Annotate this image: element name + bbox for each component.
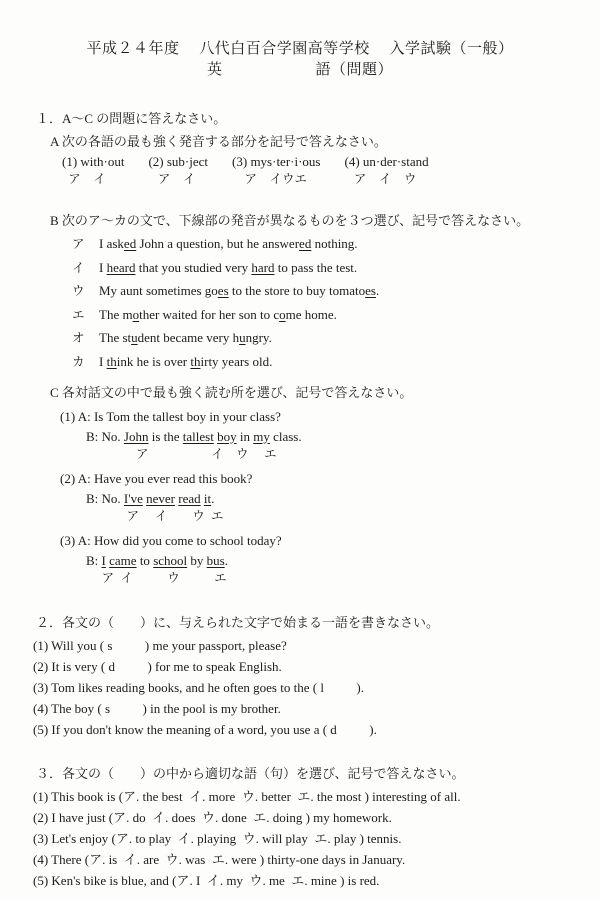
dialogue-item: (2) A: Have you ever read this book? B: … bbox=[60, 468, 600, 525]
section-1-heading: １．A～C の問題に答えなさい。 bbox=[36, 110, 600, 128]
choice-item: (2) I have just (ア. do イ. does ウ. done エ… bbox=[33, 807, 600, 828]
dialogue-line-a: (2) A: Have you ever read this book? bbox=[60, 468, 600, 489]
kana-label: カ bbox=[72, 355, 99, 370]
pronunciation-marks: ア イウエ bbox=[232, 171, 320, 188]
part-a-word-row: (1) with·out ア イ (2) sub·ject ア イ (3) my… bbox=[62, 153, 600, 188]
dialogue-line-b: B: No. John is the tallest boy in my cla… bbox=[86, 427, 600, 446]
word-text: (3) mys·ter·i·ous bbox=[232, 153, 320, 171]
part-c-heading: C 各対話文の中で最も強く読む所を選び、記号で答えなさい。 bbox=[50, 384, 600, 402]
pronunciation-marks: ア イ bbox=[148, 171, 208, 188]
section-3-item-list: (1) This book is (ア. the best イ. more ウ.… bbox=[33, 786, 600, 891]
fill-blank-item: (4) The boy ( s ) in the pool is my brot… bbox=[33, 698, 600, 719]
dialogue-line-b: B: No. I've never read it. bbox=[86, 489, 600, 508]
word-text: (1) with·out bbox=[62, 153, 124, 171]
pronunciation-marks: ア イ bbox=[62, 171, 124, 188]
fill-blank-item: (5) If you don't know the meaning of a w… bbox=[33, 719, 600, 740]
exam-title: 平成２４年度 八代白百合学園高等学校 入学試験（一般） bbox=[0, 40, 600, 59]
sentence-text: The student became very hungry. bbox=[99, 330, 272, 345]
fill-blank-item: (3) Tom likes reading books, and he ofte… bbox=[33, 677, 600, 698]
stress-marks: ア イ ウ エ bbox=[86, 570, 600, 587]
word-item: (3) mys·ter·i·ous ア イウエ bbox=[232, 153, 320, 188]
kana-label: イ bbox=[72, 261, 99, 276]
dialogue-line-a: (3) A: How did you come to school today? bbox=[60, 530, 600, 551]
section-3-heading: ３．各文の（ ）の中から適切な語（句）を選び、記号で答えなさい。 bbox=[36, 764, 600, 784]
document-title: 平成２４年度 八代白百合学園高等学校 入学試験（一般） 英 語（問題） bbox=[0, 0, 600, 80]
sentence-item: イI heard that you studied very hard to p… bbox=[72, 260, 600, 276]
part-c-dialogue-list: (1) A: Is Tom the tallest boy in your cl… bbox=[60, 406, 600, 587]
fill-blank-item: (1) Will you ( s ) me your passport, ple… bbox=[33, 635, 600, 656]
dialogue-item: (1) A: Is Tom the tallest boy in your cl… bbox=[60, 406, 600, 463]
word-text: (4) un·der·stand bbox=[344, 153, 428, 171]
subject-title: 英 語（問題） bbox=[0, 61, 600, 80]
pronunciation-marks: ア イ ウ bbox=[344, 171, 428, 188]
sentence-item: オThe student became very hungry. bbox=[72, 330, 600, 346]
kana-label: エ bbox=[72, 308, 99, 323]
section-2-item-list: (1) Will you ( s ) me your passport, ple… bbox=[33, 635, 600, 740]
stress-marks: ア イ ウ エ bbox=[86, 508, 600, 525]
word-text: (2) sub·ject bbox=[148, 153, 208, 171]
word-item: (2) sub·ject ア イ bbox=[148, 153, 208, 188]
sentence-text: I think he is over thirty years old. bbox=[99, 354, 272, 369]
sentence-text: I heard that you studied very hard to pa… bbox=[99, 260, 357, 275]
choice-item: (1) This book is (ア. the best イ. more ウ.… bbox=[33, 786, 600, 807]
part-a-heading: A 次の各語の最も強く発音する部分を記号で答えなさい。 bbox=[50, 132, 600, 152]
sentence-item: カI think he is over thirty years old. bbox=[72, 354, 600, 370]
choice-item: (5) Ken's bike is blue, and (ア. I イ. my … bbox=[33, 870, 600, 891]
sentence-text: My aunt sometimes goes to the store to b… bbox=[99, 283, 379, 298]
section-2-heading: ２．各文の（ ）に、与えられた文字で始まる一語を書きなさい。 bbox=[36, 613, 600, 633]
sentence-text: The mother waited for her son to come ho… bbox=[99, 307, 337, 322]
dialogue-line-a: (1) A: Is Tom the tallest boy in your cl… bbox=[60, 406, 600, 427]
exam-document-page: 平成２４年度 八代白百合学園高等学校 入学試験（一般） 英 語（問題） １．A～… bbox=[0, 0, 600, 900]
part-b-sentence-list: アI asked John a question, but he answere… bbox=[72, 236, 600, 370]
sentence-text: I asked John a question, but he answered… bbox=[99, 236, 358, 251]
choice-item: (3) Let's enjoy (ア. to play イ. playing ウ… bbox=[33, 828, 600, 849]
sentence-item: アI asked John a question, but he answere… bbox=[72, 236, 600, 252]
stress-marks: ア イ ウ エ bbox=[86, 446, 600, 463]
word-item: (1) with·out ア イ bbox=[62, 153, 124, 188]
kana-label: ウ bbox=[72, 284, 99, 299]
sentence-item: エThe mother waited for her son to come h… bbox=[72, 307, 600, 323]
fill-blank-item: (2) It is very ( d ) for me to speak Eng… bbox=[33, 656, 600, 677]
dialogue-line-b: B: I came to school by bus. bbox=[86, 551, 600, 570]
part-b-heading: B 次のア～カの文で、下線部の発音が異なるものを３つ選び、記号で答えなさい。 bbox=[50, 212, 600, 230]
kana-label: ア bbox=[72, 237, 99, 252]
choice-item: (4) There (ア. is イ. are ウ. was エ. were )… bbox=[33, 849, 600, 870]
sentence-item: ウMy aunt sometimes goes to the store to … bbox=[72, 283, 600, 299]
dialogue-item: (3) A: How did you come to school today?… bbox=[60, 530, 600, 587]
word-item: (4) un·der·stand ア イ ウ bbox=[344, 153, 428, 188]
kana-label: オ bbox=[72, 331, 99, 346]
